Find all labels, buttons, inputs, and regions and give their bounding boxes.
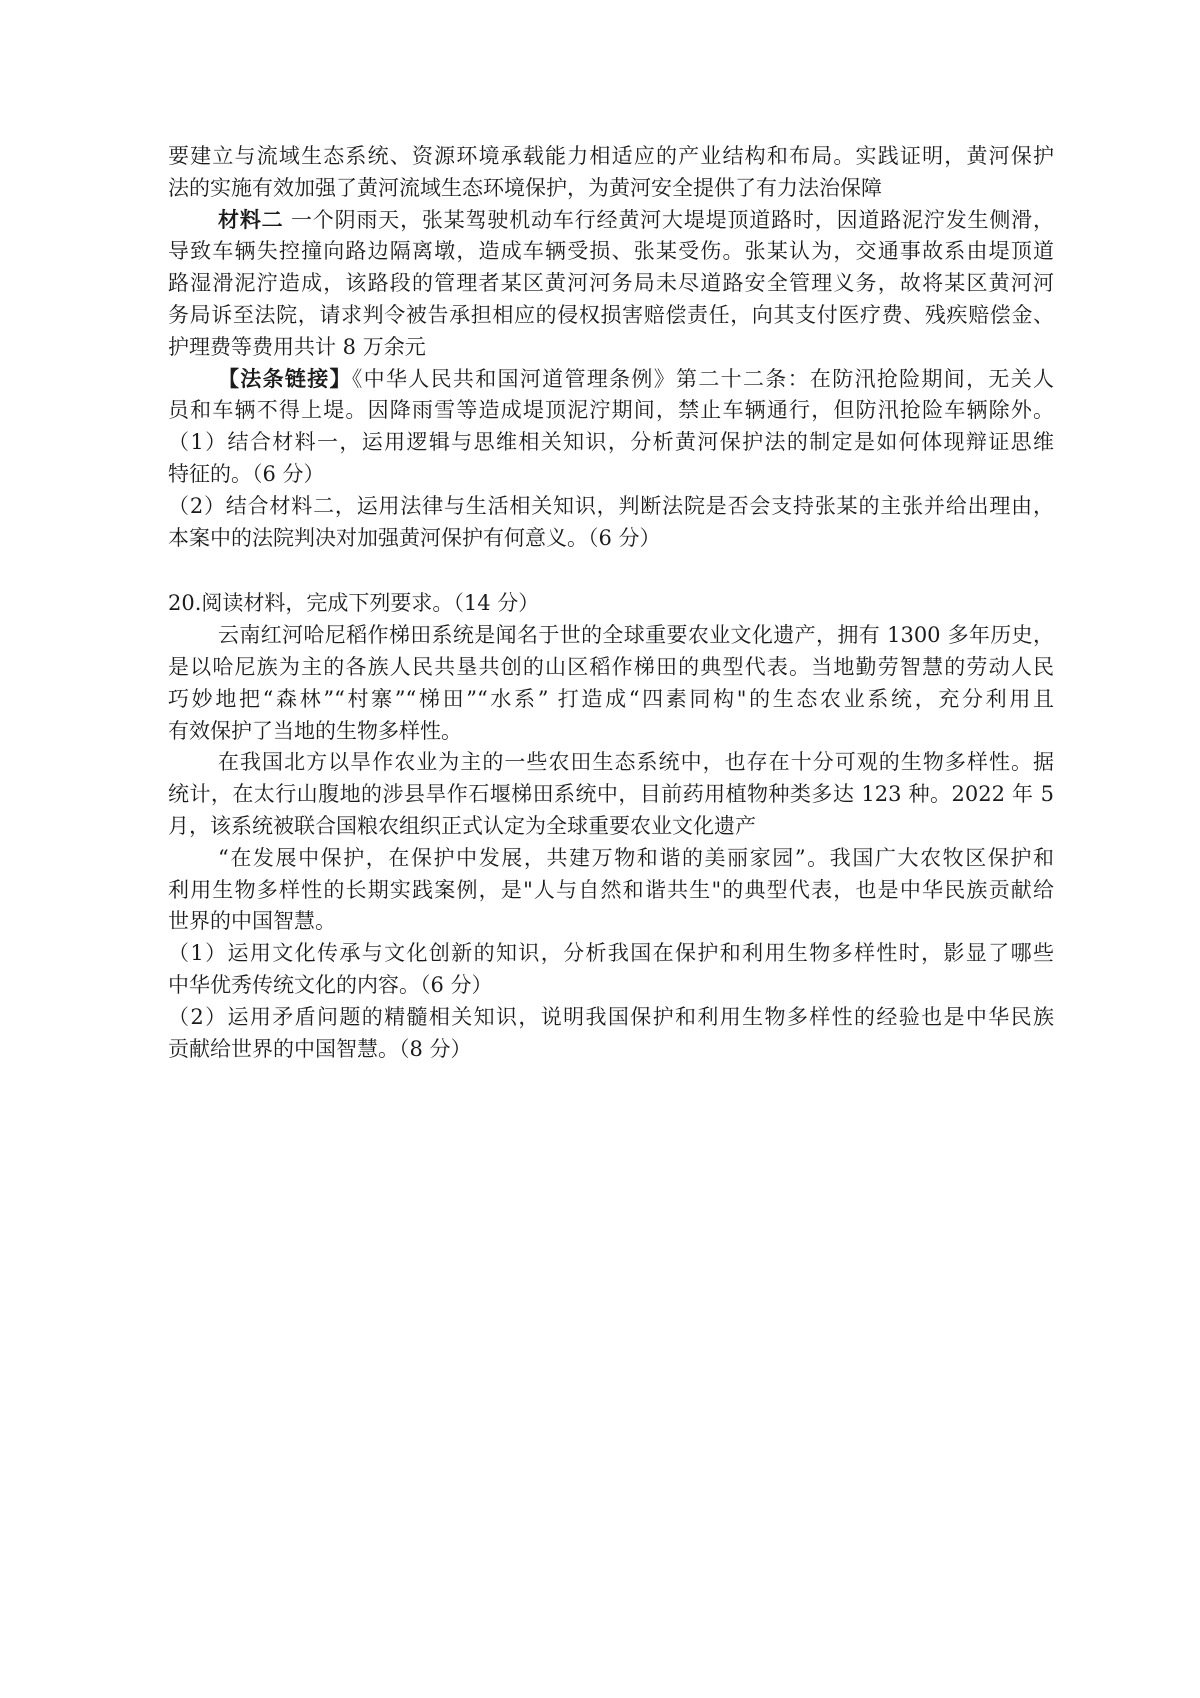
text-line: 护理费等费用共计 8 万余元 [168,332,1054,364]
question-20-heading-line: 20.阅读材料，完成下列要求。（14 分） [168,588,1054,620]
section-gap [168,554,1054,588]
text-line: 月，该系统被联合国粮农组织正式认定为全球重要农业文化遗产 [168,811,1054,843]
law-link-paragraph-line: 【法条链接】《中华人民共和国河道管理条例》第二十二条：在防汛抢险期间，无关人 [168,364,1054,396]
text-line: 是以哈尼族为主的各族人民共垦共创的山区稻作梯田的典型代表。当地勤劳智慧的劳动人民 [168,652,1054,684]
material-2-label: 材料二 [218,209,283,232]
text-line: “在发展中保护，在保护中发展，共建万物和谐的美丽家园”。我国广大农牧区保护和 [168,843,1054,875]
text-line: 在我国北方以旱作农业为主的一些农田生态系统中，也存在十分可观的生物多样性。据 [168,747,1054,779]
question-20-sub2-line: 贡献给世界的中国智慧。（8 分） [168,1034,1054,1066]
text-line: 路湿滑泥泞造成，该路段的管理者某区黄河河务局未尽道路安全管理义务，故将某区黄河河 [168,268,1054,300]
text-line: 要建立与流域生态系统、资源环境承载能力相适应的产业结构和布局。实践证明，黄河保护 [168,141,1054,173]
text-line: 统计，在太行山腹地的涉县旱作石堰梯田系统中，目前药用植物种类多达 123 种。2… [168,779,1054,811]
question-20-sub1-line: （1）运用文化传承与文化创新的知识，分析我国在保护和利用生物多样性时，影显了哪些 [168,938,1054,970]
text-line: 利用生物多样性的长期实践案例，是"人与自然和谐共生"的典型代表，也是中华民族贡献… [168,875,1054,907]
text-line: 云南红河哈尼稻作梯田系统是闻名于世的全球重要农业文化遗产，拥有 1300 多年历… [168,620,1054,652]
text-line: 法的实施有效加强了黄河流域生态环境保护，为黄河安全提供了有力法治保障 [168,173,1054,205]
document-body: 要建立与流域生态系统、资源环境承载能力相适应的产业结构和布局。实践证明，黄河保护… [168,141,1054,1065]
question-20-sub2-line: （2）运用矛盾问题的精髓相关知识，说明我国保护和利用生物多样性的经验也是中华民族 [168,1002,1054,1034]
question-19-sub2-line: 本案中的法院判决对加强黄河保护有何意义。（6 分） [168,523,1054,555]
question-19-sub1-line: 特征的。（6 分） [168,459,1054,491]
law-link-label: 【法条链接】 [218,368,352,391]
text-segment: 《中华人民共和国河道管理条例》第二十二条：在防汛抢险期间，无关人 [352,367,1054,391]
text-line: 员和车辆不得上堤。因降雨雪等造成堤顶泥泞期间，禁止车辆通行，但防汛抢险车辆除外。 [168,395,1054,427]
question-19-sub2-line: （2）结合材料二，运用法律与生活相关知识，判断法院是否会支持张某的主张并给出理由… [168,491,1054,523]
text-line: 导致车辆失控撞向路边隔离墩，造成车辆受损、张某受伤。张某认为，交通事故系由堤顶道 [168,236,1054,268]
text-line: 世界的中国智慧。 [168,906,1054,938]
text-line: 有效保护了当地的生物多样性。 [168,716,1054,748]
question-20-sub1-line: 中华优秀传统文化的内容。（6 分） [168,970,1054,1002]
text-line: 务局诉至法院，请求判令被告承担相应的侵权损害赔偿责任，向其支付医疗费、残疾赔偿金… [168,300,1054,332]
question-20-block: 20.阅读材料，完成下列要求。（14 分） 云南红河哈尼稻作梯田系统是闻名于世的… [168,588,1054,1065]
text-segment: 一个阴雨天，张某驾驶机动车行经黄河大堤堤顶道路时，因道路泥泞发生侧滑， [283,208,1054,232]
exam-page: 要建立与流域生态系统、资源环境承载能力相适应的产业结构和布局。实践证明，黄河保护… [0,0,1200,1698]
material-2-paragraph-line: 材料二 一个阴雨天，张某驾驶机动车行经黄河大堤堤顶道路时，因道路泥泞发生侧滑， [168,205,1054,237]
text-line: 巧妙地把“森林”“村寨”“梯田”“水系” 打造成“四素同构"的生态农业系统，充分… [168,684,1054,716]
question-19-block: 要建立与流域生态系统、资源环境承载能力相适应的产业结构和布局。实践证明，黄河保护… [168,141,1054,554]
question-19-sub1-line: （1）结合材料一，运用逻辑与思维相关知识，分析黄河保护法的制定是如何体现辩证思维 [168,427,1054,459]
